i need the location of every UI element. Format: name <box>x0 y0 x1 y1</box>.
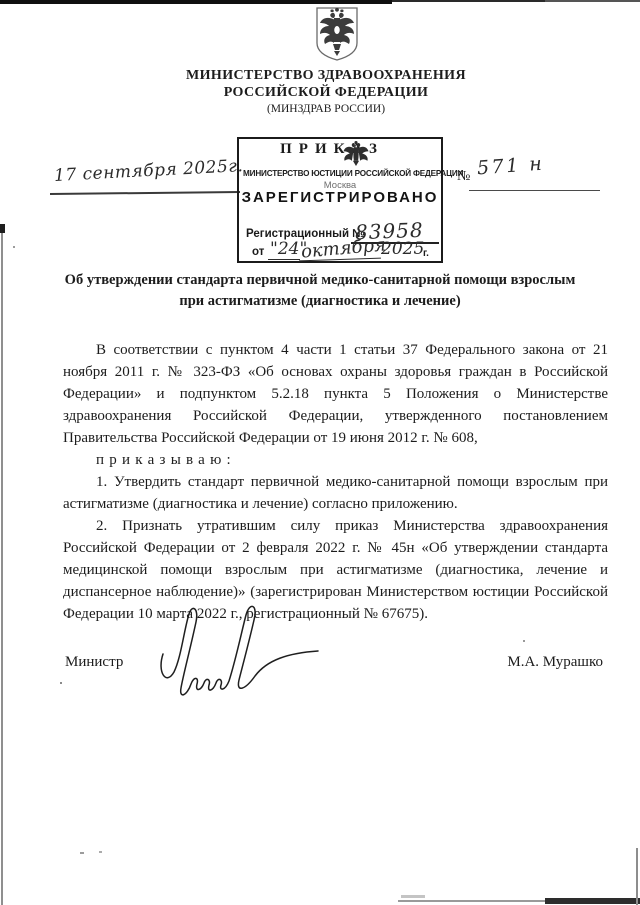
date-underline <box>50 191 240 194</box>
stamp-org-name: МИНИСТЕРСТВО ЮСТИЦИИ РОССИЙСКОЙ ФЕДЕРАЦИ… <box>243 168 437 178</box>
handwritten-order-number: 571 н <box>476 153 545 180</box>
minister-signature <box>156 604 331 716</box>
scanned-order-document: МИНИСТЕРСТВО ЗДРАВООХРАНЕНИЯ РОССИЙСКОЙ … <box>0 0 640 905</box>
stamp-registered-label: ЗАРЕГИСТРИРОВАНО <box>239 189 441 206</box>
scan-speck <box>401 895 425 898</box>
scan-artifact-top-line-thick <box>0 0 392 4</box>
number-underline <box>469 190 600 191</box>
signer-position-label: Министр <box>65 654 123 671</box>
justice-ministry-registration-stamp: МИНИСТЕРСТВО ЮСТИЦИИ РОССИЙСКОЙ ФЕДЕРАЦИ… <box>237 137 443 263</box>
letterhead: МИНИСТЕРСТВО ЗДРАВООХРАНЕНИЯ РОССИЙСКОЙ … <box>0 6 640 115</box>
scan-speck <box>99 851 102 853</box>
order-title-line1: Об утверждении стандарта первичной медик… <box>45 270 595 291</box>
order-body: В соответствии с пунктом 4 части 1 стать… <box>63 339 608 625</box>
decree-word: приказываю: <box>63 449 608 471</box>
stamp-year-suffix: г. <box>423 248 429 259</box>
scan-speck <box>80 852 84 854</box>
scan-artifact-right-line <box>636 848 638 905</box>
scan-artifact-top-line <box>0 0 640 2</box>
ministry-name-line2: РОССИЙСКОЙ ФЕДЕРАЦИИ <box>0 84 640 101</box>
scan-artifact-bottom-line <box>398 900 640 902</box>
scan-speck <box>60 682 62 684</box>
coat-of-arms-icon <box>314 6 360 62</box>
order-title-line2: при астигматизме (диагностика и лечение) <box>45 291 595 312</box>
stamp-from-label: от <box>252 246 264 258</box>
stamp-eagle-icon <box>340 140 372 167</box>
intro-paragraph: В соответствии с пунктом 4 части 1 стать… <box>63 339 608 449</box>
scan-artifact-left-line <box>1 224 3 905</box>
order-title: Об утверждении стандарта первичной медик… <box>45 270 595 312</box>
order-item-1: 1. Утвердить стандарт первичной медико-с… <box>63 471 608 515</box>
scan-speck <box>523 640 525 642</box>
scan-artifact-bottom-line-dark <box>545 898 640 904</box>
ministry-short-name: (МИНЗДРАВ РОССИИ) <box>0 103 640 115</box>
signer-name: М.А. Мурашко <box>507 654 603 671</box>
scan-artifact-top-line-right <box>545 0 640 2</box>
handwritten-order-date: 17 сентября 2025г. <box>54 156 244 186</box>
scan-artifact-left-tick <box>0 224 5 233</box>
stamp-day-underline <box>268 259 300 260</box>
scan-speck <box>13 246 15 248</box>
handwritten-stamp-year: 2025 <box>381 239 424 259</box>
order-item-2: 2. Признать утратившим силу приказ Минис… <box>63 515 608 625</box>
ministry-name-line1: МИНИСТЕРСТВО ЗДРАВООХРАНЕНИЯ <box>0 67 640 84</box>
